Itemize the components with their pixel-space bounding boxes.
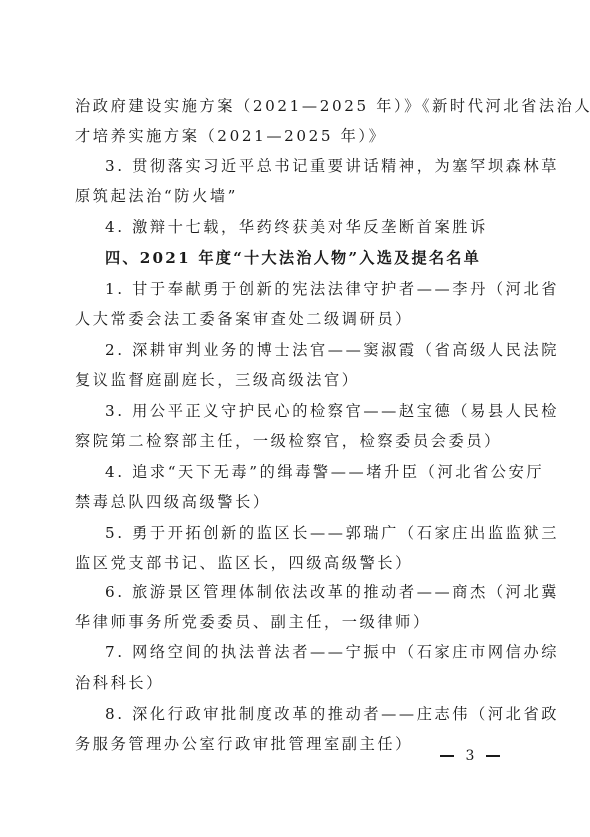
text-line: 才培养实施方案（2021—2025 年）》 — [75, 126, 535, 146]
nominee-4-line-2: 禁毒总队四级高级警长） — [75, 492, 535, 512]
nominee-7-line-2: 治科科长） — [75, 673, 535, 693]
nominee-5-line-1: 5. 勇于开拓创新的监区长——郭瑞广（石家庄出监监狱三 — [105, 523, 565, 543]
page-number-dash-right — [486, 755, 500, 757]
list-item-3-line-2: 原筑起法治“防火墙” — [75, 186, 535, 206]
page-number: 3 — [440, 748, 500, 764]
nominee-8-line-1: 8. 深化行政审批制度改革的推动者——庄志伟（河北省政 — [105, 704, 565, 724]
document-page: 治政府建设实施方案（2021—2025 年）》《新时代河北省法治人 才培养实施方… — [0, 0, 590, 837]
nominee-1-line-1: 1. 甘于奉献勇于创新的宪法法律守护者——李丹（河北省 — [105, 279, 565, 299]
nominee-5-line-2: 监区党支部书记、监区长，四级高级警长） — [75, 553, 535, 573]
nominee-6-line-1: 6. 旅游景区管理体制依法改革的推动者——商杰（河北冀 — [105, 582, 565, 602]
nominee-6-line-2: 华律师事务所党委委员、副主任，一级律师） — [75, 612, 535, 632]
nominee-3-line-1: 3. 用公平正义守护民心的检察官——赵宝德（易县人民检 — [105, 401, 565, 421]
nominee-1-line-2: 人大常委会法工委备案审查处二级调研员） — [75, 309, 535, 329]
page-number-value: 3 — [466, 748, 475, 764]
nominee-7-line-1: 7. 网络空间的执法普法者——宁振中（石家庄市网信办综 — [105, 642, 565, 662]
list-item-4: 4. 激辩十七载，华药终获美对华反垄断首案胜诉 — [105, 217, 565, 237]
nominee-2-line-1: 2. 深耕审判业务的博士法官——窦淑霞（省高级人民法院 — [105, 340, 565, 360]
nominee-4-line-1: 4. 追求“天下无毒”的缉毒警——堵升臣（河北省公安厅 — [105, 462, 565, 482]
nominee-3-line-2: 察院第二检察部主任，一级检察官，检察委员会委员） — [75, 431, 535, 451]
page-number-dash-left — [440, 755, 454, 757]
section-heading: 四、2021 年度“十大法治人物”入选及提名名单 — [105, 248, 565, 268]
nominee-2-line-2: 复议监督庭副庭长，三级高级法官） — [75, 370, 535, 390]
list-item-3-line-1: 3. 贯彻落实习近平总书记重要讲话精神，为塞罕坝森林草 — [105, 156, 565, 176]
text-line: 治政府建设实施方案（2021—2025 年）》《新时代河北省法治人 — [75, 96, 535, 116]
